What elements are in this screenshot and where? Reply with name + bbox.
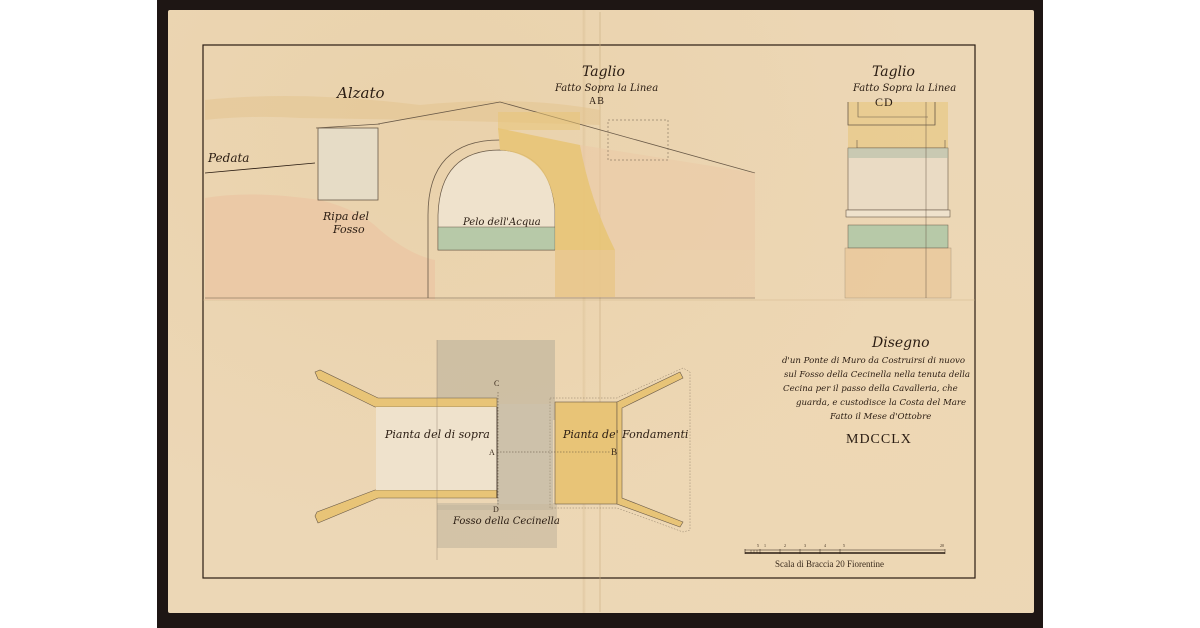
- ripa-label-2: Fosso: [332, 223, 365, 236]
- plan-right-label: Pianta de' Fondamenti: [562, 428, 688, 441]
- pedata-label: Pedata: [207, 151, 249, 165]
- section-ab-line: AB: [589, 96, 605, 107]
- point-c: C: [494, 379, 499, 388]
- section-cd-subtitle: Fatto Sopra la Linea: [852, 83, 956, 94]
- point-b: B: [611, 447, 617, 457]
- section-cd-title: Taglio: [872, 64, 915, 80]
- cartouche-line-1: d'un Ponte di Muro da Costruirsi di nuov…: [782, 356, 965, 366]
- cartouche-line-3: Cecina per il passo della Cavalleria, ch…: [783, 384, 958, 394]
- elevation-drawing: [205, 96, 755, 300]
- section-cd-drawing: [845, 102, 951, 298]
- drawing-canvas: Alzato Pedata Ripa del Fosso Pelo dell'A…: [0, 0, 1200, 628]
- scale-label: Scala di Braccia 20 Fiorentine: [775, 559, 884, 569]
- plan-drawing: [315, 340, 690, 560]
- scale-tick-0: 5: [757, 543, 759, 548]
- cartouche-line-5: Fatto il Mese d'Ottobre: [829, 412, 931, 422]
- scale-tick-4: 4: [824, 543, 826, 548]
- elevation-title: Alzato: [335, 84, 385, 102]
- pelo-label: Pelo dell'Acqua: [462, 217, 541, 228]
- plan-left-label: Pianta del di sopra: [384, 428, 490, 441]
- cartouche-line-4: guarda, e custodisce la Costa del Mare: [796, 398, 966, 408]
- scale-tick-1: 1: [764, 543, 766, 548]
- section-ab-subtitle: Fatto Sopra la Linea: [554, 83, 658, 94]
- scale-bar: [745, 549, 945, 554]
- section-ab-title: Taglio: [582, 64, 625, 80]
- ripa-label-1: Ripa del: [322, 210, 369, 223]
- cartouche-year: MDCCLX: [846, 432, 912, 447]
- cartouche-line-2: sul Fosso della Cecinella nella tenuta d…: [784, 370, 970, 380]
- scale-tick-5: 5: [843, 543, 845, 548]
- scale-tick-end: 20: [940, 543, 944, 548]
- point-a: A: [489, 448, 495, 457]
- scale-tick-3: 3: [804, 543, 806, 548]
- channel-label: Fosso della Cecinella: [452, 516, 560, 527]
- scale-tick-2: 2: [784, 543, 786, 548]
- cartouche-title: Disegno: [871, 335, 930, 351]
- section-cd-line: CD: [875, 95, 894, 109]
- point-d: D: [493, 505, 499, 514]
